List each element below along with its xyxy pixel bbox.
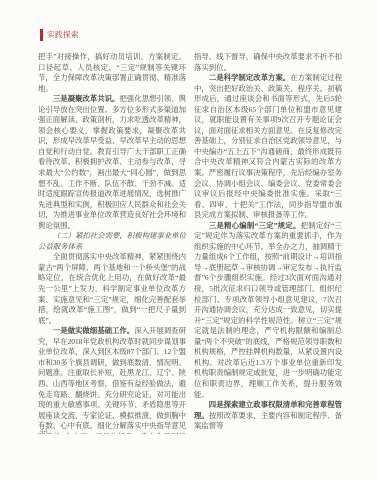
paragraph-lead: 一是做实做细基础工作。 [53, 326, 134, 335]
paragraph-text: 指导、线下督导，确保中央改革要求不折不扣落实到位。 [194, 52, 342, 72]
section-accent-bar-icon [40, 29, 43, 41]
paragraph-text: 把手”对接操作，搞好动员培训、方案制定、口径起草、人员核定、“三定”规制等关键环… [38, 52, 186, 93]
subsection-heading: （二）紧扣社会需要，积极构建事业单位公益服务体系 [38, 231, 186, 252]
right-column: 指导、线下督导，确保中央改革要求不折不扣落实到位。 二是科学制定改革方案。在方案… [194, 52, 342, 434]
paragraph-lead: 二是科学制定改革方案。 [209, 73, 290, 82]
paragraph-lead: 三是凝聚改革共识。 [53, 94, 120, 103]
paragraph: 指导、线下督导，确保中央改革要求不折不扣落实到位。 [194, 52, 342, 73]
paragraph-text: 深入开展调查研究，早在2018年党政机构改革时就同步谋划事业单位改革，深入到区本… [38, 326, 186, 434]
paragraph: 一是做实做细基础工作。深入开展调查研究，早在2018年党政机构改革时就同步谋划事… [38, 326, 186, 434]
paragraph-text: 在方案制定过程中，突出把好政治关、政策关、程序关。初稿形成后，通过座谈会和书面等… [194, 73, 342, 219]
section-label: 实践探索 [47, 29, 79, 40]
paragraph-text: 把制定好“三定”规定作为落实改革方案的重要抓手，作为组织实施的中心环节。举全办之… [194, 221, 342, 399]
paragraph: 三是凝聚改革共识。把强化思想引领、舆论引导放在突出位置。多方位多形式多渠道加强正… [38, 94, 186, 231]
page-number: 44 [40, 426, 48, 435]
document-page: 实践探索 把手”对接操作，搞好动员培训、方案制定、口径起草、人员核定、“三定”规… [0, 0, 377, 480]
paragraph-text: 把强化思想引领、舆论引导放在突出位置。多方位多形式多渠道加强正面解读、政策剖析，… [38, 94, 186, 230]
paragraph-text: 按照改革要求，主要内容和制定程序、备案监督等 [194, 411, 342, 431]
section-header: 实践探索 [40, 28, 79, 41]
paragraph: 三是精心编制“三定”规定。把制定好“三定”规定作为落实改革方案的重要抓手，作为组… [194, 221, 342, 400]
paragraph: 全面贯彻落实中央改革精神，紧紧围绕内蒙古“两个屏障、两个基地和一个桥头堡”的战略… [38, 252, 186, 326]
paragraph-text: 全面贯彻落实中央改革精神，紧紧围绕内蒙古“两个屏障、两个基地和一个桥头堡”的战略… [38, 252, 186, 324]
paragraph-text: （二）紧扣社会需要，积极构建事业单位公益服务体系 [38, 231, 186, 251]
left-column: 把手”对接操作，搞好动员培训、方案制定、口径起草、人员核定、“三定”规制等关键环… [38, 52, 186, 434]
paragraph-lead: 三是精心编制“三定”规定。 [209, 221, 301, 230]
article-body: 把手”对接操作，搞好动员培训、方案制定、口径起草、人员核定、“三定”规制等关键环… [38, 52, 342, 434]
paragraph: 四是探索建立政事权限清单和完善章程管理。按照改革要求，主要内容和制定程序、备案监… [194, 400, 342, 432]
paragraph: 把手”对接操作，搞好动员培训、方案制定、口径起草、人员核定、“三定”规制等关键环… [38, 52, 186, 94]
paragraph: 二是科学制定改革方案。在方案制定过程中，突出把好政治关、政策关、程序关。初稿形成… [194, 73, 342, 221]
